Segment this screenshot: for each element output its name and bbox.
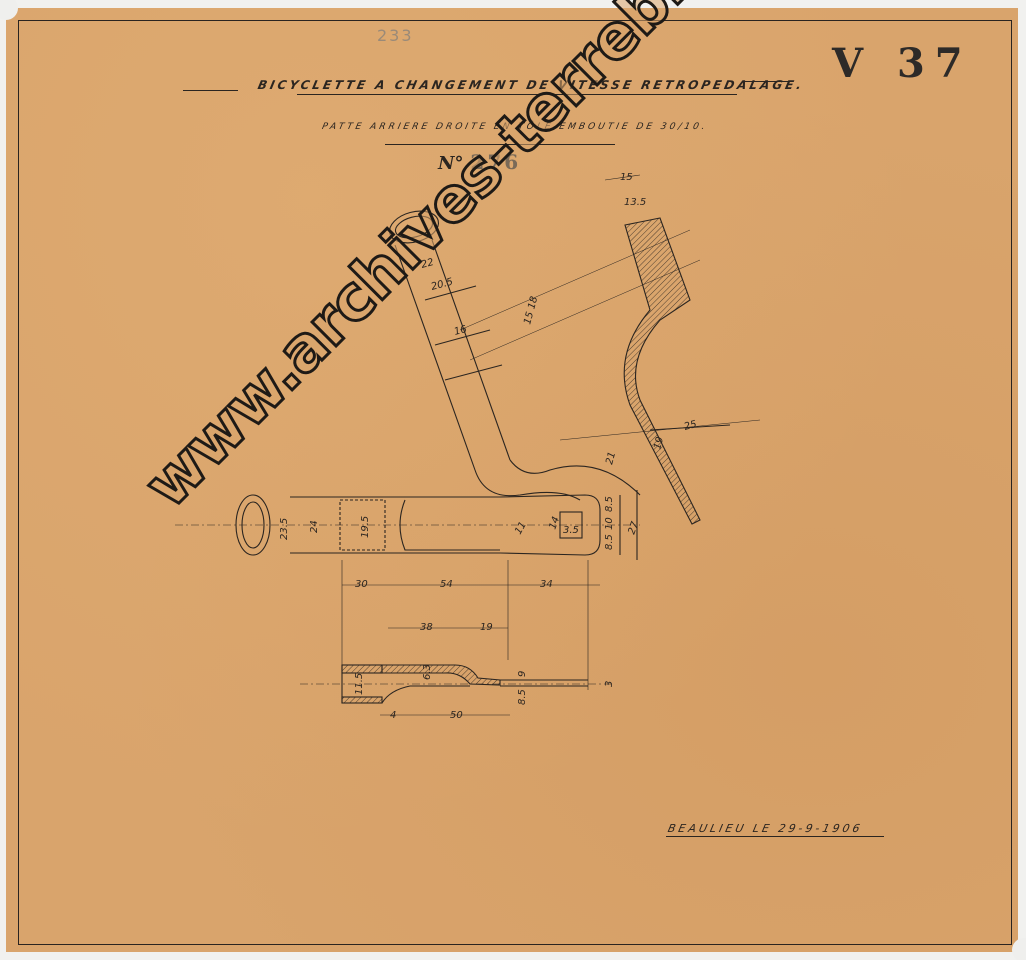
svg-text:8.5: 8.5: [604, 534, 615, 550]
svg-text:34: 34: [540, 579, 553, 590]
svg-text:23.5: 23.5: [279, 518, 290, 540]
svg-text:11.5: 11.5: [354, 673, 365, 695]
svg-text:21: 21: [604, 451, 618, 466]
svg-text:3: 3: [604, 681, 615, 687]
svg-text:27: 27: [626, 520, 641, 536]
svg-text:54: 54: [440, 579, 453, 590]
svg-text:4: 4: [390, 710, 396, 721]
svg-text:25: 25: [683, 419, 698, 433]
section-view: [300, 665, 612, 703]
svg-text:3.5: 3.5: [563, 525, 579, 536]
svg-text:50: 50: [450, 710, 463, 721]
svg-text:9: 9: [517, 671, 528, 677]
signature-date: BEAULIEU LE 29-9-1906: [667, 822, 864, 835]
svg-text:20.5: 20.5: [430, 277, 454, 293]
svg-text:8.5: 8.5: [604, 496, 615, 512]
svg-text:13.5: 13.5: [624, 197, 646, 208]
svg-text:11: 11: [513, 520, 529, 537]
svg-text:15: 15: [620, 172, 633, 183]
svg-text:15 18: 15 18: [522, 295, 540, 326]
svg-text:19: 19: [480, 622, 493, 633]
svg-text:38: 38: [420, 622, 433, 633]
svg-text:8.5: 8.5: [517, 689, 528, 705]
svg-text:6.3: 6.3: [422, 664, 433, 680]
svg-text:24: 24: [309, 520, 320, 533]
signature-underline: [666, 836, 884, 837]
dimension-lines: [342, 560, 600, 715]
svg-text:10: 10: [604, 517, 615, 530]
svg-text:30: 30: [355, 579, 368, 590]
svg-text:19.5: 19.5: [360, 516, 371, 538]
